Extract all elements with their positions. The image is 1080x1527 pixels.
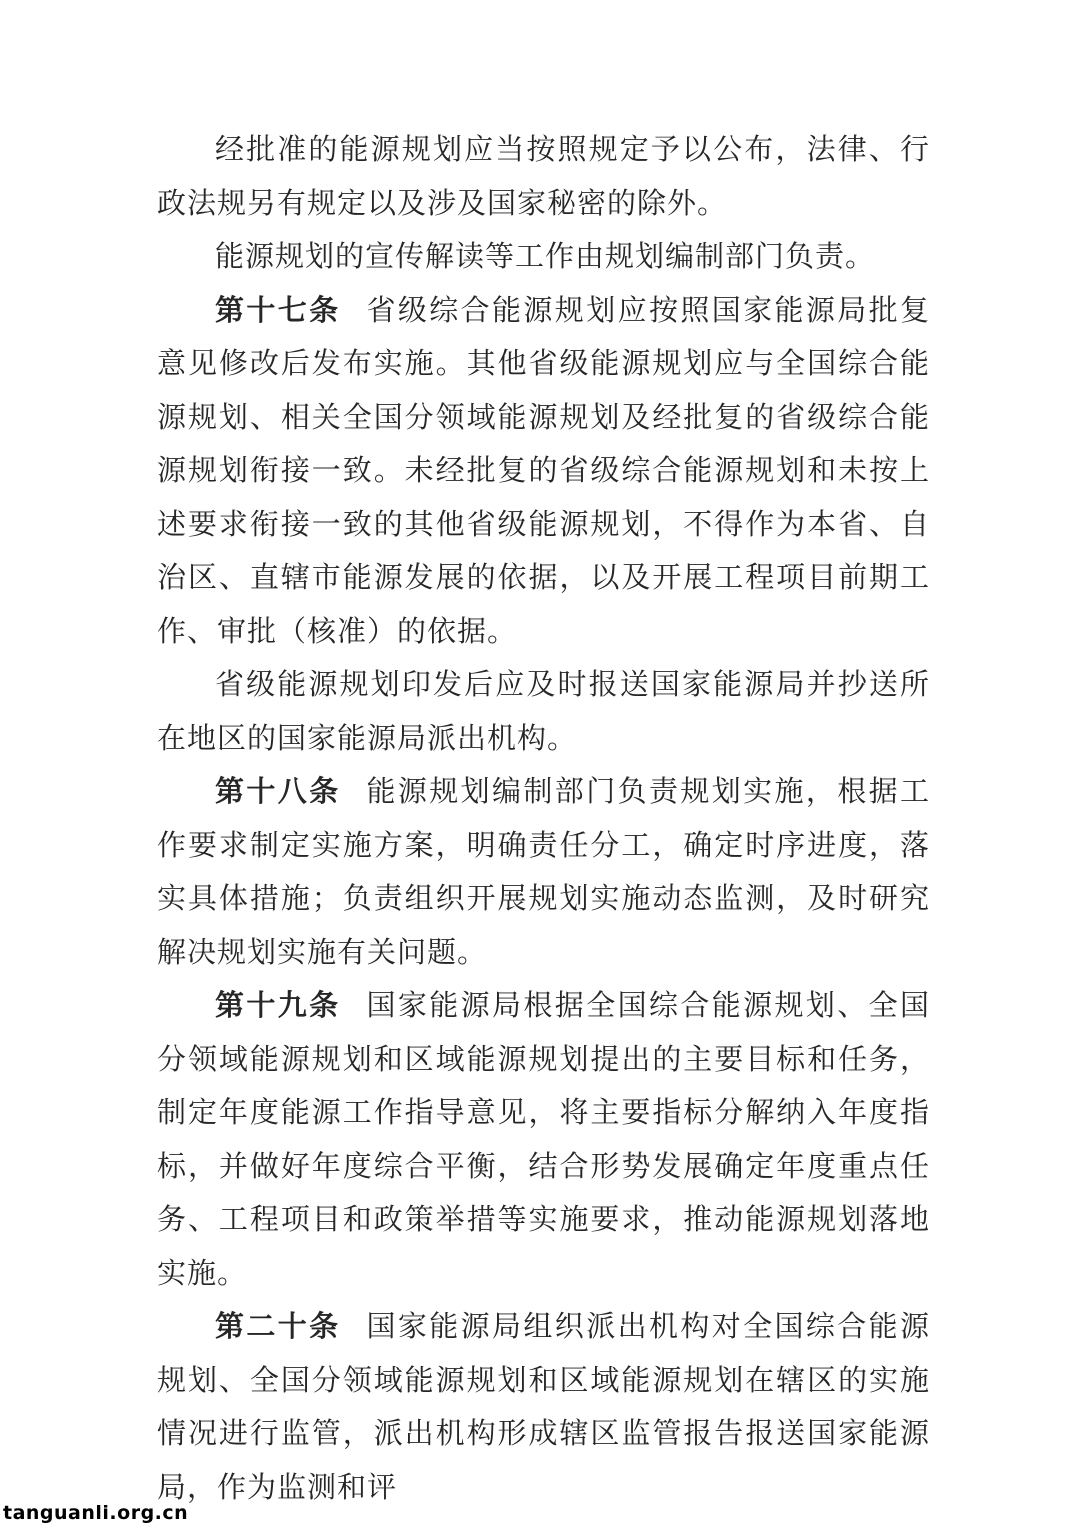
- paragraph-text: 省级能源规划印发后应及时报送国家能源局并抄送所在地区的国家能源局派出机构。: [157, 669, 930, 755]
- document-page: 经批准的能源规划应当按照规定予以公布，法律、行政法规另有规定以及涉及国家秘密的除…: [0, 0, 1080, 1527]
- article-number: 第二十条: [215, 1311, 341, 1343]
- paragraph-text: 能源规划的宣传解读等工作由规划编制部门负责。: [215, 241, 875, 273]
- paragraph: 第十九条国家能源局根据全国综合能源规划、全国分领域能源规划和区域能源规划提出的主…: [157, 980, 930, 1301]
- paragraph-text: 省级综合能源规划应按照国家能源局批复意见修改后发布实施。其他省级能源规划应与全国…: [157, 295, 930, 648]
- paragraph: 经批准的能源规划应当按照规定予以公布，法律、行政法规另有规定以及涉及国家秘密的除…: [157, 124, 930, 231]
- paragraph: 第十七条省级综合能源规划应按照国家能源局批复意见修改后发布实施。其他省级能源规划…: [157, 285, 930, 660]
- watermark: tanguanli.org.cn: [3, 1502, 188, 1524]
- paragraph: 第十八条能源规划编制部门负责规划实施，根据工作要求制定实施方案，明确责任分工，确…: [157, 766, 930, 980]
- paragraph-text: 经批准的能源规划应当按照规定予以公布，法律、行政法规另有规定以及涉及国家秘密的除…: [157, 134, 930, 220]
- paragraph: 省级能源规划印发后应及时报送国家能源局并抄送所在地区的国家能源局派出机构。: [157, 659, 930, 766]
- document-body: 经批准的能源规划应当按照规定予以公布，法律、行政法规另有规定以及涉及国家秘密的除…: [157, 124, 930, 1515]
- paragraph: 能源规划的宣传解读等工作由规划编制部门负责。: [157, 231, 930, 285]
- article-number: 第十九条: [215, 990, 341, 1022]
- article-number: 第十八条: [215, 776, 341, 808]
- paragraph-text: 国家能源局根据全国综合能源规划、全国分领域能源规划和区域能源规划提出的主要目标和…: [157, 990, 930, 1290]
- article-number: 第十七条: [215, 295, 341, 327]
- paragraph: 第二十条国家能源局组织派出机构对全国综合能源规划、全国分领域能源规划和区域能源规…: [157, 1301, 930, 1515]
